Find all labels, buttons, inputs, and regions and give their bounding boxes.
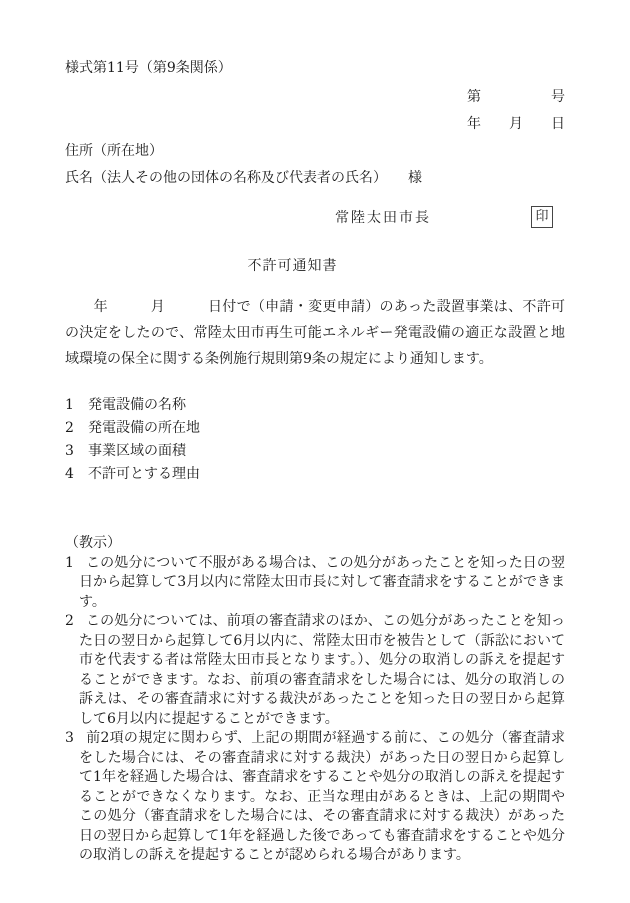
- appeal-instruction-item: 3前2項の規定に関わらず、上記の期間が経過する前に、この処分（審査請求をした場合…: [65, 729, 565, 866]
- list-item-label: 発電設備の名称: [88, 397, 186, 413]
- instruction-text: この処分について不服がある場合は、この処分があったことを知った日の翌日から起算し…: [79, 555, 565, 610]
- list-item: 3事業区域の面積: [65, 440, 565, 463]
- issuer-name: 常陸太田市長: [335, 206, 431, 230]
- instruction-number: 3: [65, 730, 74, 746]
- list-item: 1発電設備の名称: [65, 394, 565, 417]
- instruction-text: この処分については、前項の審査請求のほか、この処分があったことを知った日の翌日か…: [79, 613, 565, 727]
- document-header-right: 第 号 年 月 日: [65, 84, 565, 138]
- seal-mark: 印: [531, 206, 553, 228]
- appeal-instruction-item: 2この処分については、前項の審査請求のほか、この処分があったことを知った日の翌日…: [65, 612, 565, 729]
- instruction-text: 前2項の規定に関わらず、上記の期間が経過する前に、この処分（審査請求をした場合に…: [79, 730, 565, 863]
- list-item-number: 4: [65, 463, 88, 486]
- body-paragraph: 年 月 日付で（申請・変更申請）のあった設置事業は、不許可の決定をしたので、常陸…: [65, 294, 565, 372]
- instruction-number: 2: [65, 613, 74, 629]
- detail-list: 1発電設備の名称 2発電設備の所在地 3事業区域の面積 4不許可とする理由: [65, 394, 565, 486]
- issuer-row: 常陸太田市長 印: [65, 206, 565, 230]
- list-item-number: 3: [65, 440, 88, 463]
- list-item-label: 事業区域の面積: [88, 443, 186, 459]
- form-number-note: 様式第11号（第9条関係）: [65, 58, 565, 78]
- list-item-label: 不許可とする理由: [88, 466, 200, 482]
- recipient-block: 住所（所在地） 氏名（法人その他の団体の名称及び代表者の氏名） 様: [65, 138, 565, 192]
- recipient-name-label: 氏名（法人その他の団体の名称及び代表者の氏名） 様: [65, 165, 565, 192]
- instruction-number: 1: [65, 555, 74, 571]
- appeal-instruction-item: 1この処分について不服がある場合は、この処分があったことを知った日の翌日から起算…: [65, 554, 565, 613]
- document-number-line: 第 号: [65, 84, 565, 111]
- list-item: 4不許可とする理由: [65, 463, 565, 486]
- document-date-line: 年 月 日: [65, 111, 565, 138]
- recipient-address-label: 住所（所在地）: [65, 138, 565, 165]
- appeal-instructions-heading: （教示）: [65, 534, 565, 554]
- list-item-number: 1: [65, 394, 88, 417]
- list-item-label: 発電設備の所在地: [88, 420, 200, 436]
- list-item-number: 2: [65, 417, 88, 440]
- document-title: 不許可通知書: [65, 256, 520, 276]
- appeal-instructions-section: （教示） 1この処分について不服がある場合は、この処分があったことを知った日の翌…: [65, 534, 565, 866]
- document-page: 様式第11号（第9条関係） 第 号 年 月 日 住所（所在地） 氏名（法人その他…: [0, 0, 630, 903]
- list-item: 2発電設備の所在地: [65, 417, 565, 440]
